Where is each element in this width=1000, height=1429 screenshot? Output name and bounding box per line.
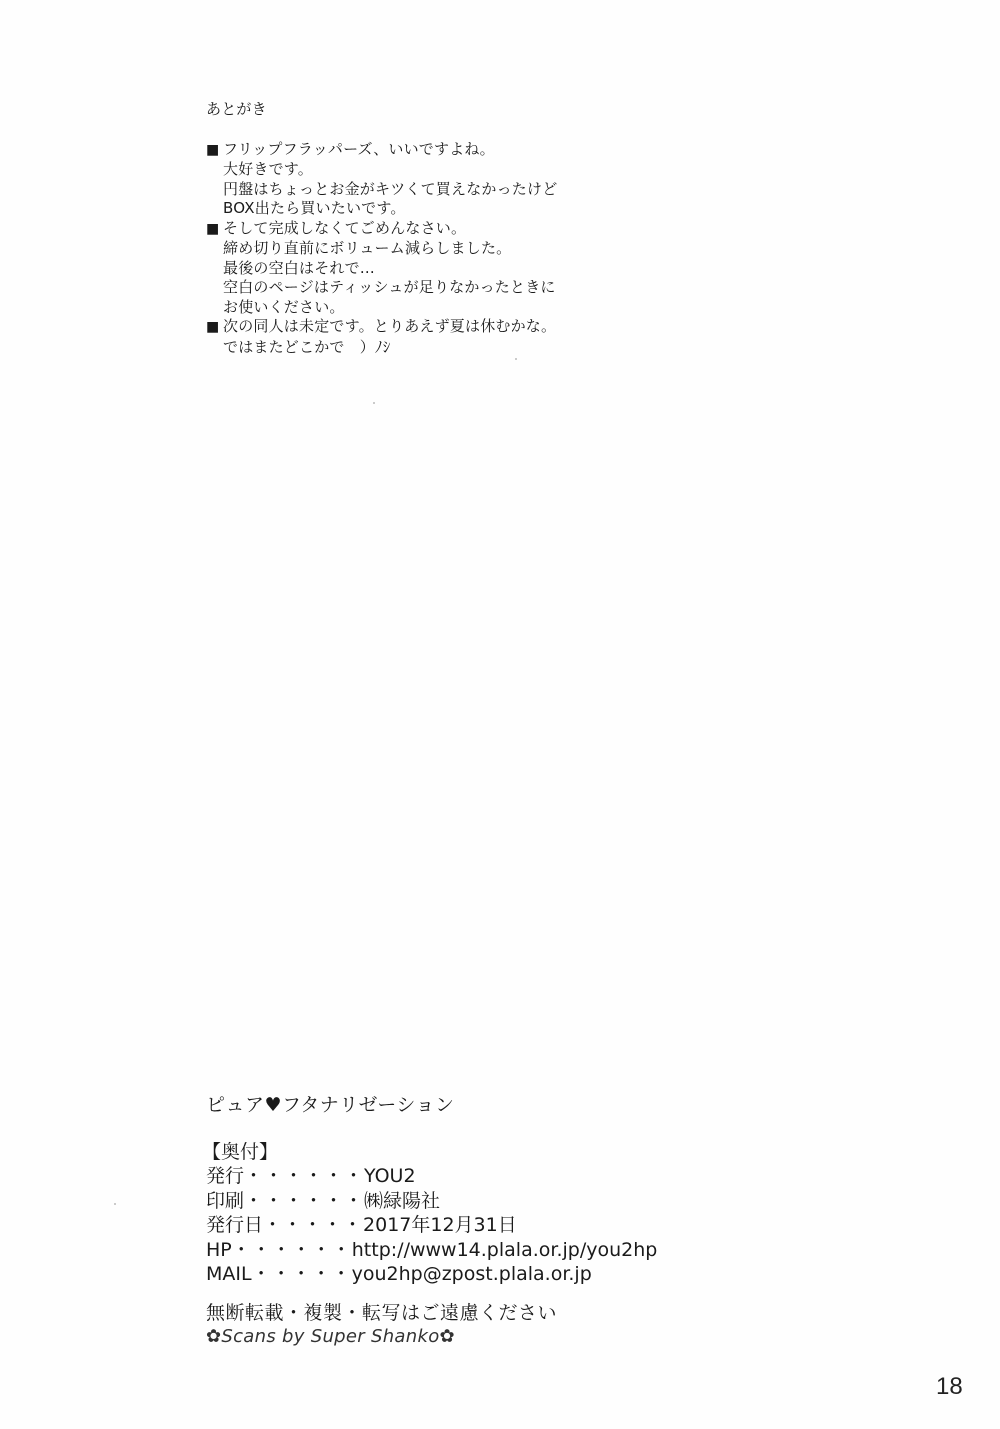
row-value: ㈱緑陽社 xyxy=(364,1190,440,1212)
afterword-section: あとがき フリップフラッパーズ、いいですよね。 大好きです。 円盤はちょっとお金… xyxy=(206,100,557,357)
afterword-line: 最後の空白はそれで… xyxy=(206,259,557,279)
colophon-row-date: 発行日・・・・・2017年12月31日 xyxy=(206,1213,657,1238)
colophon-section: ピュア♥フタナリゼーション 【奥付】 発行・・・・・・YOU2 印刷・・・・・・… xyxy=(206,1093,657,1350)
row-label: HP xyxy=(206,1238,232,1263)
afterword-line: そして完成しなくてごめんなさい。 xyxy=(206,219,557,240)
colophon-row-printer: 印刷・・・・・・㈱緑陽社 xyxy=(206,1189,657,1214)
row-label: 印刷 xyxy=(206,1189,244,1214)
row-value: YOU2 xyxy=(364,1165,416,1187)
afterword-heading: あとがき xyxy=(206,100,557,120)
mail-address: you2hp@zpost.plala.or.jp xyxy=(352,1263,592,1285)
row-label: MAIL xyxy=(206,1262,252,1287)
row-label: 発行日 xyxy=(206,1213,263,1238)
leader-dots: ・・・・・ xyxy=(252,1263,352,1285)
colophon-row-mail: MAIL・・・・・you2hp@zpost.plala.or.jp xyxy=(206,1262,657,1287)
afterword-paragraph-1: フリップフラッパーズ、いいですよね。 大好きです。 円盤はちょっとお金がキツくて… xyxy=(206,140,557,219)
leader-dots: ・・・・・・ xyxy=(244,1165,364,1187)
leader-dots: ・・・・・・ xyxy=(244,1190,364,1212)
row-label: 発行 xyxy=(206,1164,244,1189)
page-number: 18 xyxy=(936,1373,963,1401)
scan-speck xyxy=(515,358,517,360)
leader-dots: ・・・・・ xyxy=(263,1214,363,1236)
book-title: ピュア♥フタナリゼーション xyxy=(206,1093,657,1118)
scan-speck xyxy=(373,402,375,404)
afterword-paragraph-2: そして完成しなくてごめんなさい。 締め切り直前にボリューム減らしました。 最後の… xyxy=(206,219,557,318)
book-page: あとがき フリップフラッパーズ、いいですよね。 大好きです。 円盤はちょっとお金… xyxy=(0,0,1000,1429)
afterword-line: お使いください。 xyxy=(206,298,557,318)
row-value: 2017年12月31日 xyxy=(363,1214,517,1236)
copyright-notice: 無断転載・複製・転写はご遠慮ください xyxy=(206,1301,657,1326)
scan-credit: ✿Scans by Super Shanko✿ xyxy=(206,1325,657,1350)
colophon-row-homepage: HP・・・・・・http://www14.plala.or.jp/you2hp xyxy=(206,1238,657,1263)
afterword-paragraph-3: 次の同人は未定です。とりあえず夏は休むかな。 ではまたどこかで ）ﾉｼ xyxy=(206,317,557,357)
afterword-line: 締め切り直前にボリューム減らしました。 xyxy=(206,239,557,259)
leader-dots: ・・・・・・ xyxy=(232,1239,352,1261)
afterword-line: フリップフラッパーズ、いいですよね。 xyxy=(206,140,557,161)
afterword-line: 空白のページはティッシュが足りなかったときに xyxy=(206,278,557,298)
colophon-label: 【奥付】 xyxy=(202,1140,657,1165)
afterword-line: 円盤はちょっとお金がキツくて買えなかったけど xyxy=(206,180,557,200)
scan-speck xyxy=(114,1203,116,1205)
colophon-row-publisher: 発行・・・・・・YOU2 xyxy=(206,1164,657,1189)
afterword-line: 次の同人は未定です。とりあえず夏は休むかな。 xyxy=(206,317,557,338)
homepage-url: http://www14.plala.or.jp/you2hp xyxy=(352,1239,658,1261)
afterword-line: BOX出たら買いたいです。 xyxy=(206,199,557,219)
afterword-line: 大好きです。 xyxy=(206,160,557,180)
afterword-line: ではまたどこかで ）ﾉｼ xyxy=(206,338,557,358)
